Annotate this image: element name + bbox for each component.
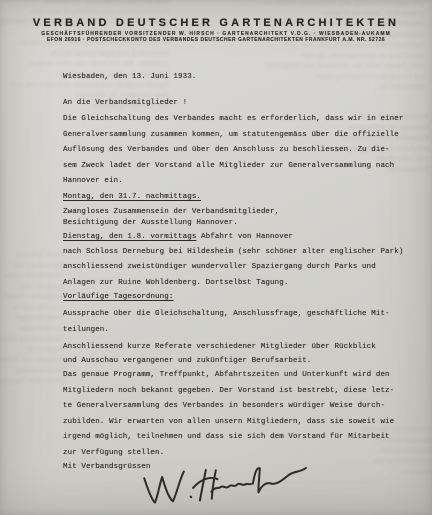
letter-body: Wiesbaden, den 13. Juni 1933. An die Ver…: [63, 70, 407, 512]
paragraph-agenda-discussion: Aussprache über die Gleichschaltung, Ans…: [63, 307, 407, 338]
paragraph-organisation: Das genaue Programm, Treffpunkt, Abfahrt…: [63, 368, 407, 461]
heading-agenda: Vorläufige Tagesordnung:: [63, 291, 407, 304]
letterhead: VERBAND DEUTSCHER GARTENARCHITEKTEN GESC…: [0, 0, 432, 43]
bleedthrough-texture: nach Schloss Derneburg bei Hildesheim (s…: [0, 250, 64, 387]
letterhead-subtitle-account: EFON 26916 · POSTSCHECKKONTO DES VERBAND…: [0, 37, 432, 43]
paragraph-gleichschaltung: Die Gleichschaltung des Verbandes macht …: [63, 112, 407, 190]
heading-tuesday: Dienstag, den 1.8. vormittags: [63, 233, 196, 241]
heading-tuesday-line: Dienstag, den 1.8. vormittags Abfahrt vo…: [63, 230, 407, 245]
heading-monday: Montag, den 31.7. nachmittags.: [63, 191, 407, 204]
paragraph-monday-program: Zwangloses Zusammensein der Verbandsmitg…: [63, 207, 407, 230]
scanned-letter-page: Das genaue Programm, Treffpunkt, Abfahrt…: [0, 0, 432, 515]
date-line: Wiesbaden, den 13. Juni 1933.: [63, 70, 407, 85]
salutation: An die Verbandsmitglieder !: [63, 96, 407, 111]
paragraph-agenda-lectures: Anschliessend kurze Referate verschieden…: [63, 341, 407, 368]
letterhead-title: VERBAND DEUTSCHER GARTENARCHITEKTEN: [0, 17, 432, 30]
heading-tuesday-rest: Abfahrt von Hannover: [196, 233, 293, 241]
paragraph-tuesday-program: nach Schloss Derneburg bei Hildesheim (s…: [63, 245, 407, 292]
